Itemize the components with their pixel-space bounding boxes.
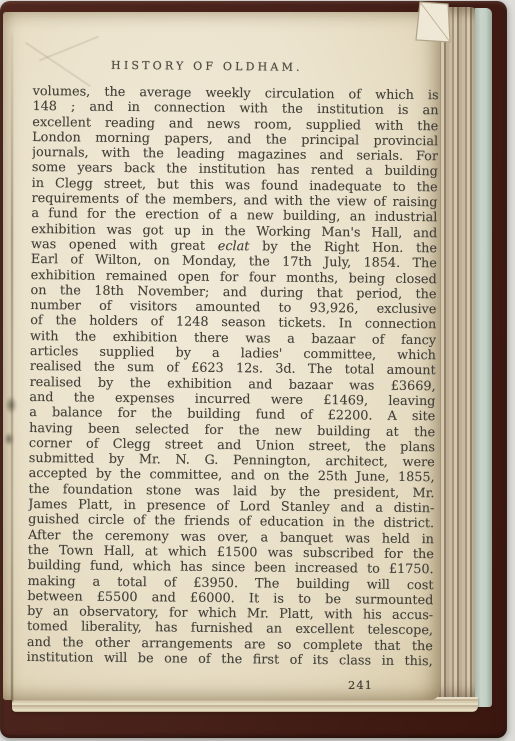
book-page: HISTORY OF OLDHAM. volumes, the average … <box>3 12 440 700</box>
ink-smudge <box>4 432 14 446</box>
body-text: volumes, the average weekly circulation … <box>27 84 439 670</box>
text-line: institution will be one of the first of … <box>27 650 433 670</box>
page-number: 241 <box>348 678 373 692</box>
ink-smudge <box>5 396 17 414</box>
board-edge-teal <box>475 8 492 707</box>
gutter-shadow-line <box>11 34 13 702</box>
running-header: HISTORY OF OLDHAM. <box>4 58 410 75</box>
page-stack-fore-edge <box>436 7 478 701</box>
corner-fold <box>414 0 454 44</box>
scanned-book-photo: HISTORY OF OLDHAM. volumes, the average … <box>0 0 515 741</box>
text-block: HISTORY OF OLDHAM. volumes, the average … <box>27 58 439 669</box>
